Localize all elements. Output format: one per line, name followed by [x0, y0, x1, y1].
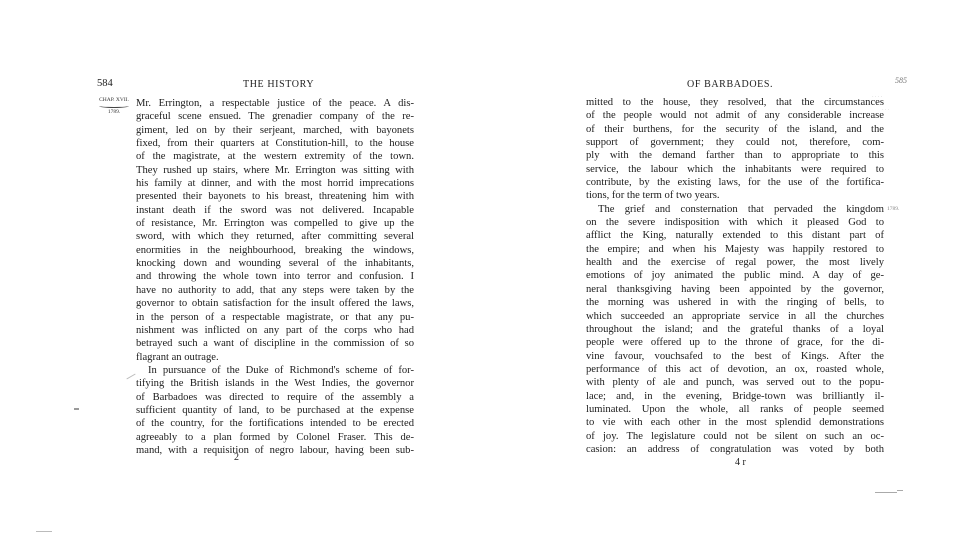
text-line: mitted to the house, they resolved, that…: [586, 96, 884, 109]
scan-speck: [126, 374, 135, 380]
text-line: emotions of joy animated the public mind…: [586, 269, 884, 282]
text-line: on the severe indisposition with which i…: [586, 216, 884, 229]
text-line: mand, with a requisition of negro labour…: [136, 444, 414, 457]
text-line: knocking down and wounding several of th…: [136, 257, 414, 270]
text-line: contribute, by the existing laws, for th…: [586, 176, 884, 189]
bleed-through-mark: · · · ·: [872, 95, 882, 100]
right-page: OF BARBADOES. 585 mitted to the house, t…: [490, 0, 980, 555]
text-line: have no authority to add, that any steps…: [136, 284, 414, 297]
signature-mark: 4 r: [735, 457, 746, 468]
text-line: performance of this act of devotion, an …: [586, 363, 884, 376]
text-line: service, the labour which the inhabitant…: [586, 163, 884, 176]
text-line: of the people would not admit of any con…: [586, 109, 884, 122]
text-line: of joy. The legislature could not be sil…: [586, 430, 884, 443]
paragraph-start-line: In pursuance of the Duke of Richmond's s…: [136, 364, 414, 377]
text-line: which succeeded an appropriate service i…: [586, 310, 884, 323]
text-line: sword, with which they returned, after c…: [136, 230, 414, 243]
running-head: THE HISTORY: [243, 79, 314, 90]
text-line: health and the exercise of regal power, …: [586, 256, 884, 269]
text-line: the morning was ushered in with the ring…: [586, 296, 884, 309]
running-head: OF BARBADOES.: [687, 79, 773, 90]
text-line: support of government; they could not, t…: [586, 136, 884, 149]
text-line: in the person of a respectable magistrat…: [136, 311, 414, 324]
year-label: 1789.: [108, 109, 120, 115]
text-line: lace; and, in the evening, Bridge-town w…: [586, 390, 884, 403]
chapter-margin-note: CHAP. XVII. 1789.: [94, 96, 134, 116]
text-line: and throwing the whole town into terror …: [136, 270, 414, 283]
text-line: the empire; and when his Majesty was hap…: [586, 243, 884, 256]
text-line: vine favour, vouchsafed to the best of K…: [586, 350, 884, 363]
page-number: 584: [97, 78, 113, 89]
text-line: sufficient quantity of land, to be purch…: [136, 404, 414, 417]
text-line: tifying the British islands in the West …: [136, 377, 414, 390]
scan-speck: [897, 490, 903, 491]
text-line: of their burthens, for the security of t…: [586, 123, 884, 136]
chapter-label: CHAP. XVII.: [99, 97, 129, 103]
text-line: fixed, from their quarters at Constituti…: [136, 137, 414, 150]
text-line: of Barbadoes was directed to require of …: [136, 391, 414, 404]
bleed-through-mark: · · ·: [882, 108, 890, 113]
left-page-body: Mr. Errington, a respectable justice of …: [136, 97, 414, 457]
text-line: throughout the island; and the grateful …: [586, 323, 884, 336]
paragraph-start-line: The grief and consternation that pervade…: [586, 203, 884, 216]
left-page: 584 THE HISTORY CHAP. XVII. 1789. Mr. Er…: [0, 0, 490, 555]
text-line: neral thanksgiving having been appointed…: [586, 283, 884, 296]
scan-speck: [74, 408, 79, 410]
text-line: his family at dinner, and with the most …: [136, 177, 414, 190]
text-line: graceful scene ensued. The grenadier com…: [136, 110, 414, 123]
year-margin-note: 1789.: [887, 206, 899, 212]
text-line: people were offered up to the throne of …: [586, 336, 884, 349]
right-page-body: mitted to the house, they resolved, that…: [586, 96, 884, 456]
text-line: to vie with each other in the most splen…: [586, 416, 884, 429]
text-line: flagrant an outrage.: [136, 351, 414, 364]
page-number: 585: [895, 76, 907, 85]
text-line: luminated. Upon the whole, all ranks of …: [586, 403, 884, 416]
text-line: ply with the demand farther than to appr…: [586, 149, 884, 162]
text-line: of the country, for the fortifications i…: [136, 417, 414, 430]
text-line: governor to obtain satisfaction for the …: [136, 297, 414, 310]
signature-mark: 2: [234, 452, 239, 463]
scan-speck: [36, 531, 52, 532]
text-line: casion: an address of congratulation was…: [586, 443, 884, 456]
brace-icon: [99, 104, 129, 108]
text-line: nishment was inflicted on any part of th…: [136, 324, 414, 337]
text-line: of resistance, Mr. Errington was compell…: [136, 217, 414, 230]
text-line: Mr. Errington, a respectable justice of …: [136, 97, 414, 110]
text-line: afflict the King, naturally extended to …: [586, 229, 884, 242]
book-spread: 584 THE HISTORY CHAP. XVII. 1789. Mr. Er…: [0, 0, 980, 555]
text-line: enormities in the neighbourhood, breakin…: [136, 244, 414, 257]
text-line: They rushed up stairs, where Mr. Erringt…: [136, 164, 414, 177]
text-line: presented their bayonets to his breast, …: [136, 190, 414, 203]
text-line: giment, led on by their serjeant, marche…: [136, 124, 414, 137]
text-line: agreeably to a plan formed by Colonel Fr…: [136, 431, 414, 444]
text-line: with plenty of ale and punch, was served…: [586, 376, 884, 389]
text-line: of the magistrate, at the western extrem…: [136, 150, 414, 163]
scan-speck: [875, 492, 897, 493]
text-line: betrayed such a want of discipline in th…: [136, 337, 414, 350]
text-line: tions, for the term of two years.: [586, 189, 884, 202]
text-line: instant death if the sword was not deliv…: [136, 204, 414, 217]
